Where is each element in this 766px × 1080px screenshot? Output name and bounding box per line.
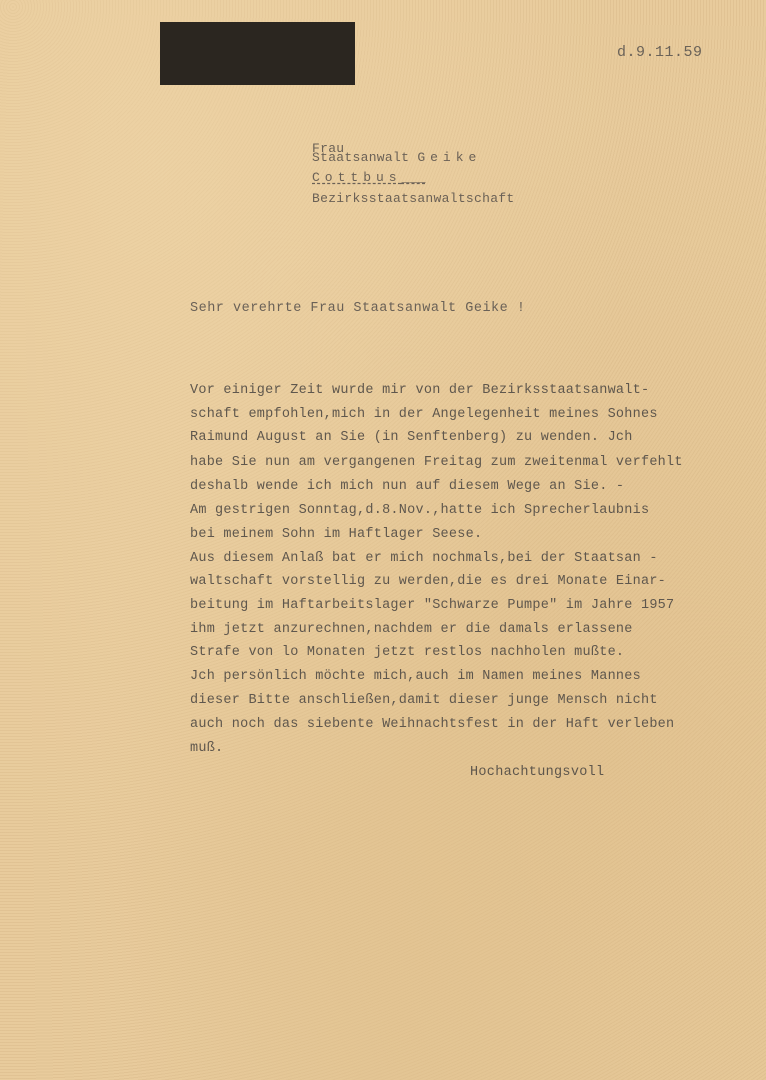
recipient-city-name: Cottbus — [312, 170, 402, 185]
body-line: deshalb wende ich mich nun auf diesem We… — [190, 479, 624, 494]
body-line: beitung im Haftarbeitslager "Schwarze Pu… — [190, 598, 674, 613]
recipient-office: Bezirksstaatsanwaltschaft — [312, 191, 515, 206]
recipient-city-trail: ___ — [402, 170, 426, 185]
recipient-surname: Geike — [417, 150, 481, 165]
recipient-name: Staatsanwalt Geike — [312, 150, 481, 165]
body-line: schaft empfohlen,mich in der Angelegenhe… — [190, 407, 658, 422]
body-line: dieser Bitte anschließen,damit dieser ju… — [190, 693, 658, 708]
letter-date: d.9.11.59 — [617, 44, 703, 61]
body-line: muß. — [190, 741, 223, 756]
letter-page: d.9.11.59 Frau Staatsanwalt Geike Cottbu… — [0, 0, 766, 1080]
body-line: waltschaft vorstellig zu werden,die es d… — [190, 574, 666, 589]
body-line: Aus diesem Anlaß bat er mich nochmals,be… — [190, 551, 658, 566]
body-line: habe Sie nun am vergangenen Freitag zum … — [190, 455, 683, 470]
closing: Hochachtungsvoll — [470, 765, 604, 780]
body-line: Jch persönlich möchte mich,auch im Namen… — [190, 669, 641, 684]
recipient-role: Staatsanwalt — [312, 150, 409, 165]
recipient-city: Cottbus___ — [312, 170, 426, 185]
salutation: Sehr verehrte Frau Staatsanwalt Geike ! — [190, 301, 525, 316]
body-line: bei meinem Sohn im Haftlager Seese. — [190, 527, 482, 542]
body-line: Raimund August an Sie (in Senftenberg) z… — [190, 430, 633, 445]
body-line: auch noch das siebente Weihnachtsfest in… — [190, 717, 674, 732]
body-line: Strafe von lo Monaten jetzt restlos nach… — [190, 645, 624, 660]
body-line: ihm jetzt anzurechnen,nachdem er die dam… — [190, 622, 633, 637]
body-line: Vor einiger Zeit wurde mir von der Bezir… — [190, 383, 649, 398]
body-line: Am gestrigen Sonntag,d.8.Nov.,hatte ich … — [190, 503, 649, 518]
redaction-bar — [160, 22, 355, 85]
